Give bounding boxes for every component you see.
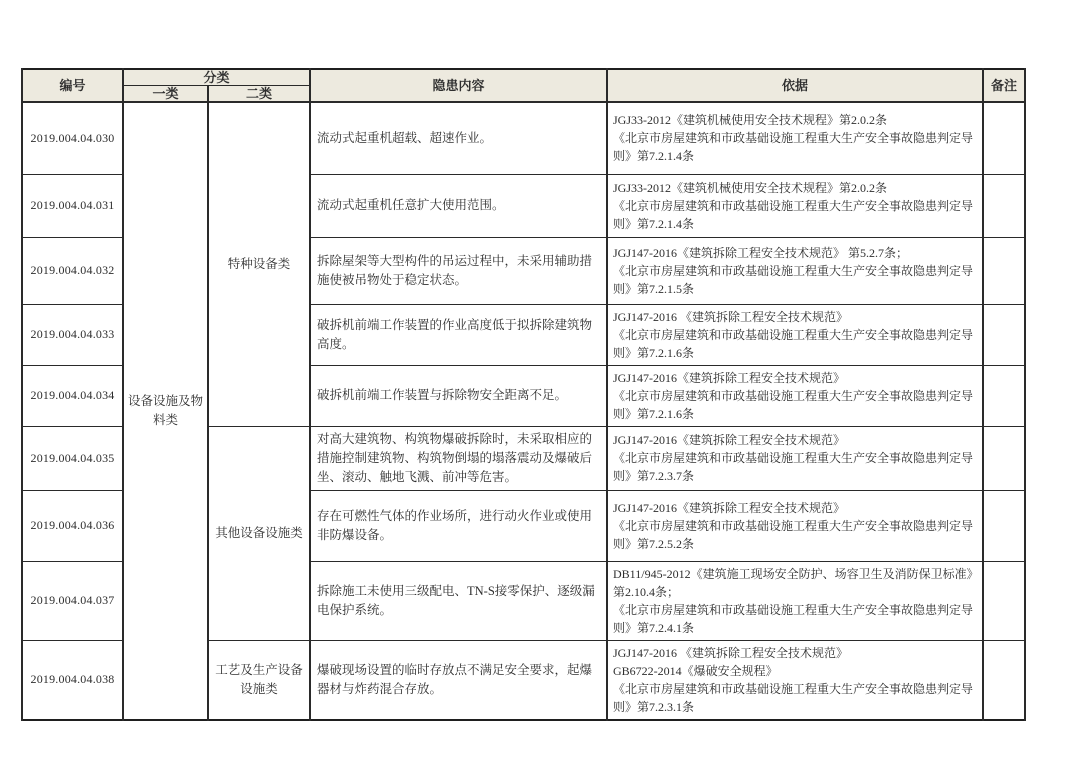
id-cell: 2019.004.04.032: [22, 237, 123, 304]
basis-cell: JGJ147-2016 《建筑拆除工程安全技术规范》 《北京市房屋建筑和市政基础…: [607, 304, 983, 365]
document-page: 编号 分类 隐患内容 依据 备注 一类 二类 2019.004.04.030 设…: [0, 0, 1080, 764]
remark-cell: [983, 365, 1025, 426]
hazard-cell: 对高大建筑物、构筑物爆破拆除时，未采取相应的措施控制建筑物、构筑物倒塌的塌落震动…: [310, 426, 607, 490]
id-cell: 2019.004.04.035: [22, 426, 123, 490]
hazard-cell: 破拆机前端工作装置的作业高度低于拟拆除建筑物高度。: [310, 304, 607, 365]
category-l2-cell: 特种设备类: [208, 102, 310, 426]
remark-cell: [983, 640, 1025, 720]
basis-cell: JGJ147-2016 《建筑拆除工程安全技术规范》 GB6722-2014《爆…: [607, 640, 983, 720]
col-header-basis: 依据: [607, 69, 983, 102]
basis-cell: JGJ147-2016《建筑拆除工程安全技术规范》 《北京市房屋建筑和市政基础设…: [607, 426, 983, 490]
hazard-cell: 流动式起重机超载、超速作业。: [310, 102, 607, 174]
col-header-id: 编号: [22, 69, 123, 102]
hazard-catalog-table: 编号 分类 隐患内容 依据 备注 一类 二类 2019.004.04.030 设…: [21, 68, 1026, 721]
remark-cell: [983, 561, 1025, 640]
basis-cell: DB11/945-2012《建筑施工现场安全防护、场容卫生及消防保卫标准》第2.…: [607, 561, 983, 640]
hazard-cell: 破拆机前端工作装置与拆除物安全距离不足。: [310, 365, 607, 426]
hazard-cell: 拆除屋架等大型构件的吊运过程中，未采用辅助措施使被吊物处于稳定状态。: [310, 237, 607, 304]
category-l2-cell: 工艺及生产设备设施类: [208, 640, 310, 720]
remark-cell: [983, 304, 1025, 365]
col-header-category-l1: 一类: [123, 86, 208, 103]
hazard-cell: 流动式起重机任意扩大使用范围。: [310, 174, 607, 237]
category-l2-cell: 其他设备设施类: [208, 426, 310, 640]
basis-cell: JGJ33-2012《建筑机械使用安全技术规程》第2.0.2条 《北京市房屋建筑…: [607, 174, 983, 237]
col-header-hazard: 隐患内容: [310, 69, 607, 102]
basis-cell: JGJ147-2016《建筑拆除工程安全技术规范》 《北京市房屋建筑和市政基础设…: [607, 490, 983, 561]
table-header: 编号 分类 隐患内容 依据 备注 一类 二类: [22, 69, 1025, 102]
remark-cell: [983, 174, 1025, 237]
id-cell: 2019.004.04.038: [22, 640, 123, 720]
basis-cell: JGJ147-2016《建筑拆除工程安全技术规范》 第5.2.7条； 《北京市房…: [607, 237, 983, 304]
id-cell: 2019.004.04.036: [22, 490, 123, 561]
id-cell: 2019.004.04.033: [22, 304, 123, 365]
table-body: 2019.004.04.030 设备设施及物料类 特种设备类 流动式起重机超载、…: [22, 102, 1025, 720]
remark-cell: [983, 490, 1025, 561]
basis-cell: JGJ147-2016《建筑拆除工程安全技术规范》 《北京市房屋建筑和市政基础设…: [607, 365, 983, 426]
id-cell: 2019.004.04.034: [22, 365, 123, 426]
hazard-cell: 拆除施工未使用三级配电、TN-S接零保护、逐级漏电保护系统。: [310, 561, 607, 640]
hazard-cell: 爆破现场设置的临时存放点不满足安全要求，起爆器材与炸药混合存放。: [310, 640, 607, 720]
category-l1-cell: 设备设施及物料类: [123, 102, 208, 720]
basis-cell: JGJ33-2012《建筑机械使用安全技术规程》第2.0.2条 《北京市房屋建筑…: [607, 102, 983, 174]
id-cell: 2019.004.04.030: [22, 102, 123, 174]
header-row-1: 编号 分类 隐患内容 依据 备注: [22, 69, 1025, 86]
remark-cell: [983, 102, 1025, 174]
id-cell: 2019.004.04.037: [22, 561, 123, 640]
id-cell: 2019.004.04.031: [22, 174, 123, 237]
hazard-cell: 存在可燃性气体的作业场所，进行动火作业或使用非防爆设备。: [310, 490, 607, 561]
col-header-remark: 备注: [983, 69, 1025, 102]
col-header-category: 分类: [123, 69, 310, 86]
remark-cell: [983, 237, 1025, 304]
remark-cell: [983, 426, 1025, 490]
col-header-category-l2: 二类: [208, 86, 310, 103]
table-row: 2019.004.04.030 设备设施及物料类 特种设备类 流动式起重机超载、…: [22, 102, 1025, 174]
